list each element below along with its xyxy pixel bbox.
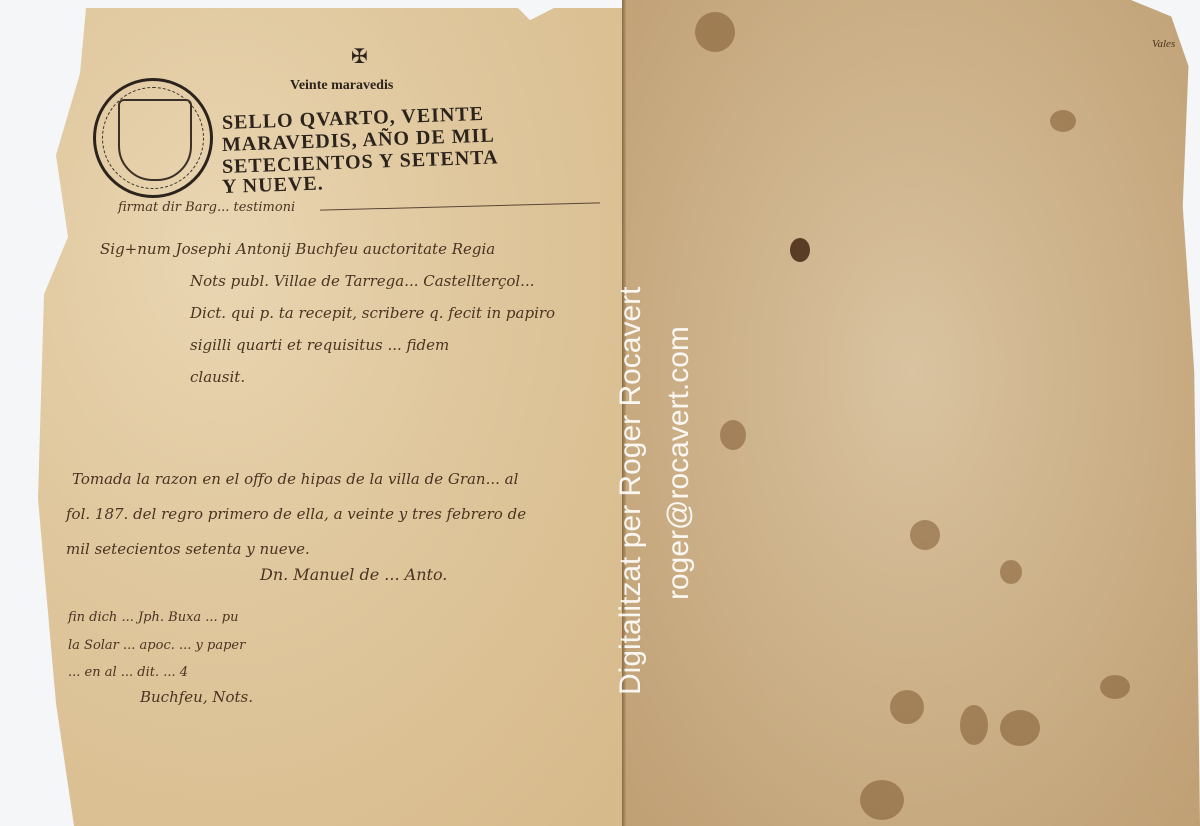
stain	[1050, 110, 1076, 132]
stain	[1000, 560, 1022, 584]
p2-line-3: mil setecientos setenta y nueve.	[66, 540, 310, 558]
stain	[960, 705, 988, 745]
stain	[910, 520, 940, 550]
header-line: firmat dir Barg... testimoni	[118, 200, 295, 215]
p2-line-2: fol. 187. del regro primero de ella, a v…	[66, 505, 526, 523]
stain	[695, 12, 735, 52]
p3-line-2: la Solar ... apoc. ... y paper	[68, 638, 245, 653]
p3-signature: Buchfeu, Nots.	[140, 688, 253, 706]
coat-of-arms-icon	[118, 99, 192, 181]
p1-line-3: Dict. qui p. ta recepit, scribere q. fec…	[190, 304, 555, 322]
watermark-line-2: roger@rocavert.com	[662, 326, 696, 600]
royal-seal-icon	[93, 78, 213, 198]
stain	[1000, 710, 1040, 746]
p3-line-3: ... en al ... dit. ... 4	[68, 665, 188, 680]
stain	[1100, 675, 1130, 699]
stain	[720, 420, 746, 450]
p3-line-1: fin dich ... Jph. Buxa ... pu	[68, 610, 239, 625]
watermark-line-1: Digitalitzat per Roger Rocavert	[614, 286, 648, 695]
stain	[890, 690, 924, 724]
p2-line-1: Tomada la razon en el offo de hipas de l…	[72, 470, 518, 488]
stain	[860, 780, 904, 820]
stain	[790, 238, 810, 262]
p2-signature: Dn. Manuel de ... Anto.	[260, 565, 447, 584]
cross-icon: ✠	[351, 44, 368, 69]
p1-line-4: sigilli quarti et requisitus ... fidem	[190, 336, 449, 354]
p1-line-5: clausit.	[190, 368, 245, 386]
p1-line-2: Nots publ. Villae de Tarrega... Castellt…	[190, 272, 535, 290]
stamp-line-4: Y NUEVE.	[222, 172, 324, 199]
stamp-denomination: Veinte maravedis	[290, 78, 393, 94]
corner-note: Vales	[1152, 38, 1175, 50]
p1-line-1: Sig+num Josephi Antonij Buchfeu auctorit…	[100, 240, 495, 258]
